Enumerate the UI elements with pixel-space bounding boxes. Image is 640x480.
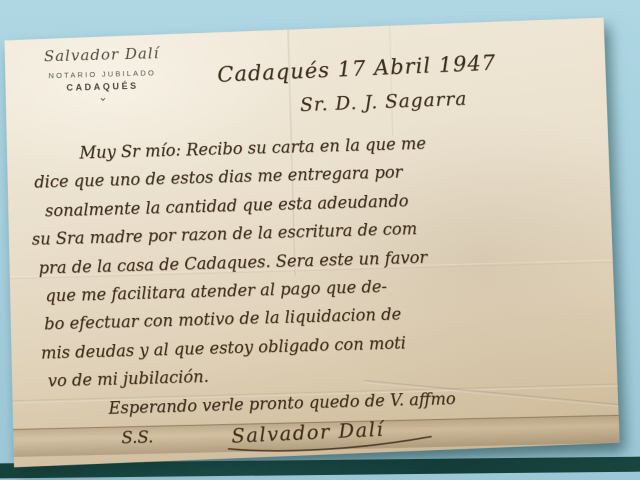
signature: Salvador Dalí	[231, 416, 385, 451]
letterhead: Salvador Dalí NOTARIO JUBILADO CADAQUÉS …	[22, 44, 182, 104]
letter-paper: Salvador Dalí NOTARIO JUBILADO CADAQUÉS …	[0, 17, 620, 468]
letterhead-name: Salvador Dalí	[22, 44, 180, 66]
letter-addressee: Sr. D. J. Sagarra	[300, 89, 468, 116]
photo-backdrop: Salvador Dalí NOTARIO JUBILADO CADAQUÉS …	[0, 0, 640, 480]
letter-paper-wrapper: Salvador Dalí NOTARIO JUBILADO CADAQUÉS …	[0, 17, 620, 468]
signoff-initials: S.S.	[121, 424, 154, 453]
letterhead-flourish-icon: ⌄	[24, 92, 182, 104]
letter-dateline: Cadaqués 17 Abril 1947	[217, 51, 497, 87]
letter-body: Muy Sr mío: Recibo su carta en la que me…	[27, 125, 608, 455]
letterhead-title: NOTARIO JUBILADO	[23, 68, 181, 81]
